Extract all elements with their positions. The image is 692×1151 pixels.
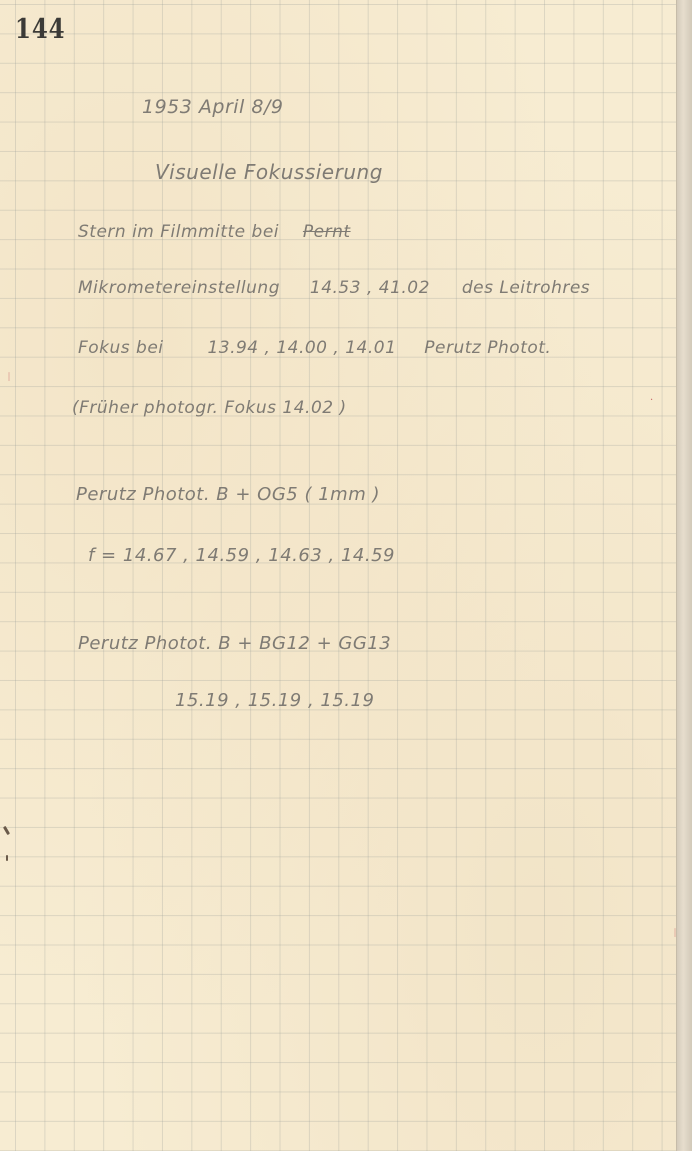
struck-text: Pernt (303, 222, 351, 242)
note-values: 13.94 , 14.00 , 14.01 (207, 338, 396, 358)
page-number: 144 (15, 14, 65, 45)
note-suffix: Perutz Photot. (424, 338, 551, 358)
note-line-micrometer: Mikrometereinstellung 14.53 , 41.02 des … (78, 278, 590, 298)
note-suffix: des Leitrohres (462, 278, 590, 298)
note-line-earlier-focus: (Früher photogr. Fokus 14.02 ) (72, 398, 347, 418)
page-edge (676, 0, 692, 1151)
note-values: 14.53 , 41.02 (310, 278, 430, 298)
note-label: Mikrometereinstellung (78, 278, 280, 298)
note-line-focus: Fokus bei 13.94 , 14.00 , 14.01 Perutz P… (78, 338, 551, 358)
measurement-2-result: 15.19 , 15.19 , 15.19 (175, 690, 374, 711)
note-label: Fokus bei (78, 338, 164, 358)
margin-mark (6, 855, 8, 861)
red-margin-mark: · (650, 395, 653, 406)
measurement-2-setup: Perutz Photot. B + BG12 + GG13 (78, 633, 391, 654)
measurement-1-setup: Perutz Photot. B + OG5 ( 1mm ) (76, 484, 380, 505)
measurement-1-result: f = 14.67 , 14.59 , 14.63 , 14.59 (88, 545, 395, 566)
note-line-star-position: Stern im Filmmitte bei Pernt (78, 222, 351, 242)
notebook-page: 144 1953 April 8/9 Visuelle Fokussierung… (0, 0, 676, 1151)
margin-mark (3, 826, 10, 835)
entry-date: 1953 April 8/9 (142, 96, 283, 118)
red-margin-mark: ᛁ (6, 372, 12, 383)
entry-title: Visuelle Fokussierung (155, 160, 383, 184)
note-text: Stern im Filmmitte bei (78, 222, 279, 242)
